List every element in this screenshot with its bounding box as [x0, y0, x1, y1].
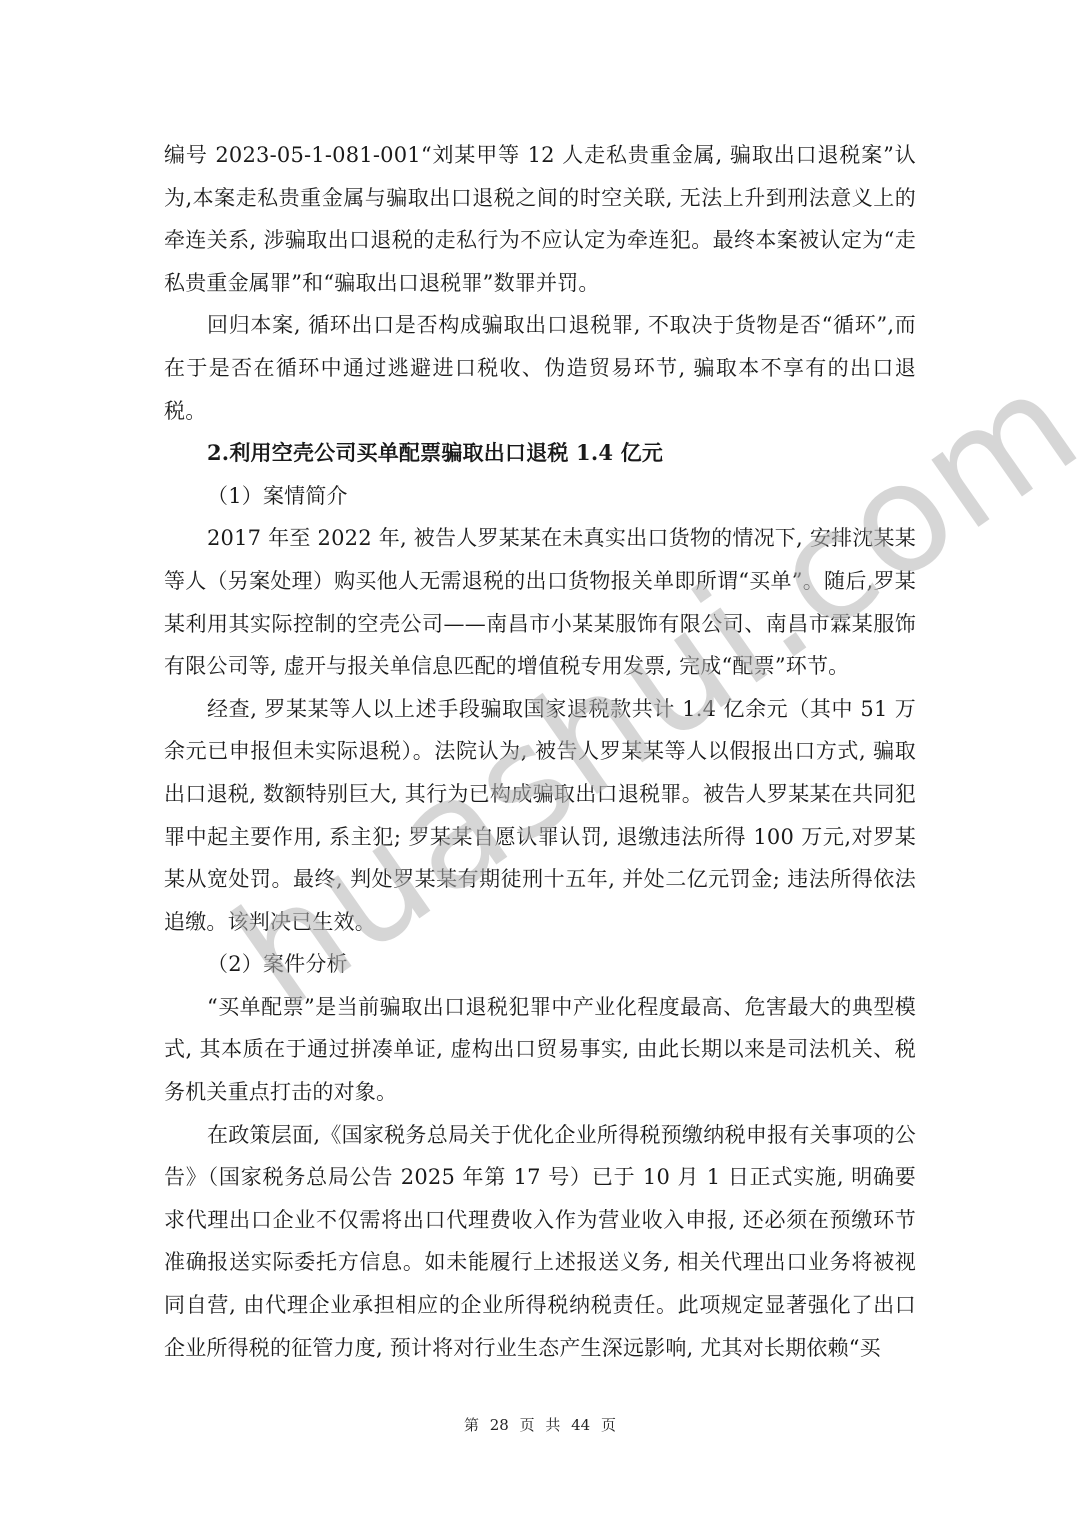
page-number-footer: 第 28 页 共 44 页	[0, 1414, 1080, 1435]
paragraph-case-reference: 编号 2023-05-1-081-001“刘某甲等 12 人走私贵重金属, 骗取…	[164, 134, 916, 304]
section-heading: 2.利用空壳公司买单配票骗取出口退税 1.4 亿元	[164, 432, 916, 475]
document-body: 编号 2023-05-1-081-001“刘某甲等 12 人走私贵重金属, 骗取…	[164, 134, 916, 1369]
paragraph-policy: 在政策层面,《国家税务总局关于优化企业所得税预缴纳税申报有关事项的公告》（国家税…	[164, 1114, 916, 1370]
document-page: 编号 2023-05-1-081-001“刘某甲等 12 人走私贵重金属, 骗取…	[0, 0, 1080, 1529]
paragraph-court-ruling: 经查, 罗某某等人以上述手段骗取国家退税款共计 1.4 亿余元（其中 51 万余…	[164, 688, 916, 944]
paragraph-case-facts: 2017 年至 2022 年, 被告人罗某某在未真实出口货物的情况下, 安排沈某…	[164, 517, 916, 687]
subheading-case-summary: （1）案情简介	[164, 475, 916, 518]
subheading-case-analysis: （2）案件分析	[164, 943, 916, 986]
paragraph-analysis: “买单配票”是当前骗取出口退税犯罪中产业化程度最高、危害最大的典型模式, 其本质…	[164, 986, 916, 1114]
paragraph-return-to-case: 回归本案, 循环出口是否构成骗取出口退税罪, 不取决于货物是否“循环”,而在于是…	[164, 304, 916, 432]
